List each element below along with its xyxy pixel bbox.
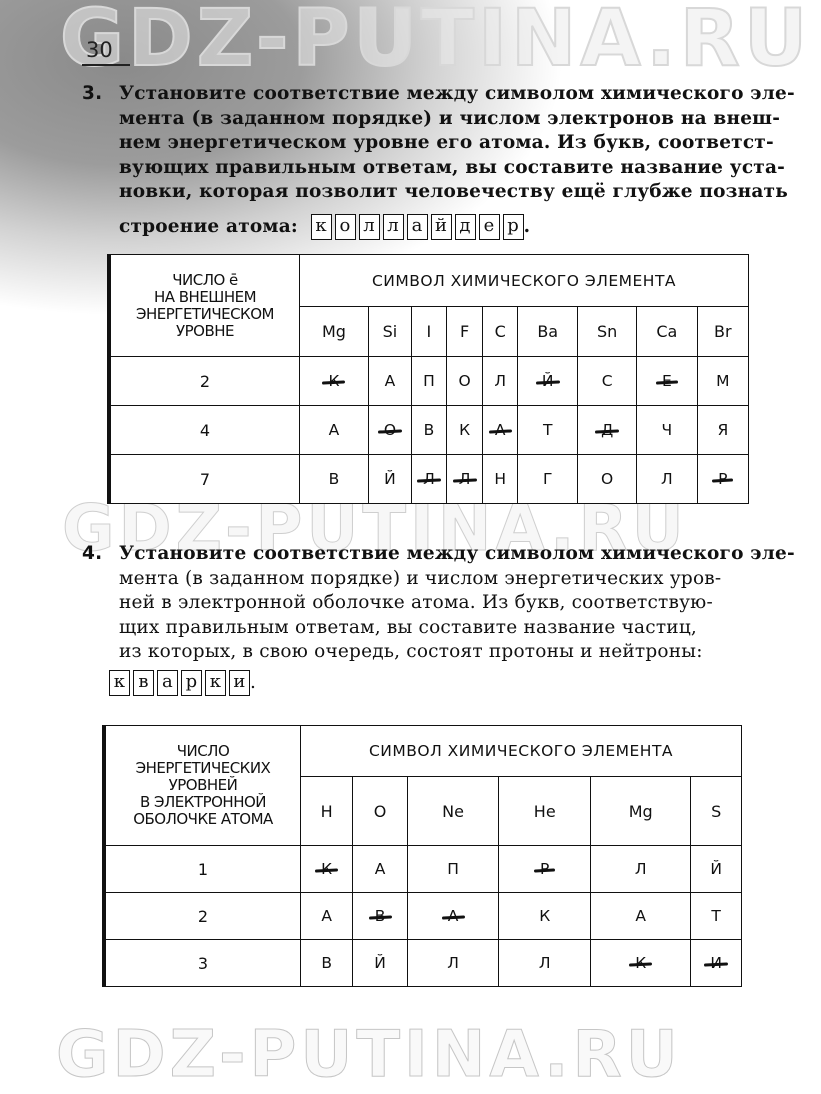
task-3-level-value: 7 [109, 455, 300, 504]
task-4-letter: Т [711, 907, 720, 925]
task-4-letter-cell: К [499, 893, 591, 940]
task-3-letter-cell: Й [518, 357, 578, 406]
task-4-table-row: 3ВЙЛЛКИ [104, 940, 742, 987]
task-3-line: Установите соответствие между символом х… [119, 82, 752, 107]
task-4-row-header-line: ЧИСЛО [177, 742, 230, 760]
task-3-line: новки, которая позволит человечеству ещё… [119, 180, 752, 205]
task-4-letter: А [321, 907, 332, 925]
task-4-letter-cell: Р [499, 846, 591, 893]
task-3-letter-cell: П [411, 357, 446, 406]
task-3-answer-letter: о [335, 214, 356, 240]
task-3-letter-cell: А [368, 357, 411, 406]
task-3-letter: А [329, 421, 340, 439]
task-4-element-symbol: He [499, 777, 591, 846]
task-3-letter-struck: Е [662, 372, 672, 390]
task-4-answer-letter: и [229, 670, 250, 696]
task-3-letter-struck: Л [423, 470, 435, 488]
task-4-letter-cell: Т [691, 893, 742, 940]
task-4-line: щих правильным ответам, вы составите наз… [119, 616, 752, 641]
task-3-element-symbol: Ca [637, 307, 698, 357]
task-4-answer-boxes: кварки [109, 670, 250, 696]
task-3-letter-cell: С [578, 357, 637, 406]
task-4-line: Установите соответствие между символом х… [119, 542, 752, 567]
task-3-answer-letter: а [407, 214, 428, 240]
task-4-letter-cell: А [407, 893, 499, 940]
task-3-line: мента (в заданном порядке) и числом элек… [119, 107, 752, 132]
task-3-answer-line: строение атома: коллайдер. [119, 214, 752, 240]
task-4-line: ней в электронной оболочке атома. Из бук… [119, 591, 752, 616]
task-3-element-symbol: F [446, 307, 482, 357]
task-4-element-symbol: Mg [591, 777, 691, 846]
task-4-letter: А [375, 860, 386, 878]
task-4-line: мента (в заданном порядке) и числом энер… [119, 567, 752, 592]
task-3-letter-struck: К [328, 372, 339, 390]
task-4-table: ЧИСЛОЭНЕРГЕТИЧЕСКИХУРОВНЕЙВ ЭЛЕКТРОННОЙО… [102, 725, 742, 987]
task-4-row-header-line: ОБОЛОЧКЕ АТОМА [133, 810, 273, 828]
task-4-level-value: 2 [104, 893, 301, 940]
task-4-letter-cell: Й [691, 846, 742, 893]
task-3-element-symbol: Sn [578, 307, 637, 357]
task-3-letter: Ч [662, 421, 673, 439]
task-4-letter-cell: А [353, 846, 408, 893]
task-3-element-symbol: I [411, 307, 446, 357]
task-3-element-symbol: Ba [518, 307, 578, 357]
task-4-letter-cell: И [691, 940, 742, 987]
task-4-line: из которых, в свою очередь, состоят прот… [119, 640, 752, 665]
task-3-line: вующих правильным ответам, вы составите … [119, 156, 752, 181]
task-3-level-value: 4 [109, 406, 300, 455]
task-4-column-group-header: СИМВОЛ ХИМИЧЕСКОГО ЭЛЕМЕНТА [301, 726, 742, 777]
task-4-letter-cell: Л [591, 846, 691, 893]
task-3-number: 3. [82, 82, 102, 107]
task-4-letter: В [321, 954, 332, 972]
task-3-letter-cell: О [578, 455, 637, 504]
task-4-text: Установите соответствие между символом х… [119, 542, 752, 696]
task-3-letter-cell: Р [697, 455, 748, 504]
task-3-row-header: ЧИСЛО ēНА ВНЕШНЕМЭНЕРГЕТИЧЕСКОМУРОВНЕ [109, 255, 300, 357]
task-3-letter-cell: Ч [637, 406, 698, 455]
watermark-top: GDZ-PUTINA.RU [60, 0, 811, 84]
task-3-table-row: 2КАПОЛЙСЕМ [109, 357, 749, 406]
task-3-answer-letter: д [455, 214, 476, 240]
task-3-letter: Л [661, 470, 673, 488]
task-3-letter-cell: К [300, 357, 369, 406]
task-3-letter-cell: О [368, 406, 411, 455]
task-3-letter: М [716, 372, 729, 390]
task-4-element-symbol: Ne [407, 777, 499, 846]
task-4-letter-struck: А [448, 907, 459, 925]
task-4-table-row: 1КАПРЛЙ [104, 846, 742, 893]
task-4-letter-cell: Л [499, 940, 591, 987]
task-4-letter: Й [374, 954, 386, 972]
task-4-letter-cell: В [301, 940, 353, 987]
task-4-level-value: 3 [104, 940, 301, 987]
task-4-letter-struck: К [635, 954, 646, 972]
task-3-element-symbol: Mg [300, 307, 369, 357]
task-3-letter-cell: Д [578, 406, 637, 455]
task-4-letter: К [539, 907, 550, 925]
task-3-answer-period: . [524, 216, 531, 237]
task-3-letter-cell: В [411, 406, 446, 455]
task-3-table-row: 4АОВКАТДЧЯ [109, 406, 749, 455]
task-3-row-header-line: ЧИСЛО ē [172, 271, 238, 289]
task-3-letter: П [423, 372, 435, 390]
page-number-underline [82, 64, 130, 66]
page-number: 30 [86, 38, 113, 62]
task-3-letter-cell: А [483, 406, 518, 455]
task-3-letter-cell: М [697, 357, 748, 406]
task-3-letter-cell: Л [411, 455, 446, 504]
task-3-answer-letter: л [383, 214, 404, 240]
task-4-row-header-line: УРОВНЕЙ [169, 776, 238, 794]
task-4-letter-cell: В [353, 893, 408, 940]
task-4-letter: Л [447, 954, 459, 972]
task-3-letter: Я [717, 421, 728, 439]
task-3-table: ЧИСЛО ēНА ВНЕШНЕМЭНЕРГЕТИЧЕСКОМУРОВНЕ СИ… [107, 254, 749, 504]
task-3-answer-boxes: коллайдер [311, 214, 524, 240]
task-4-answer-period: . [250, 672, 256, 693]
task-4-letter-cell: Л [407, 940, 499, 987]
task-3-letter-cell: Л [483, 357, 518, 406]
task-3-letter: Л [494, 372, 506, 390]
task-3-letter: С [602, 372, 613, 390]
watermark-bottom: GDZ-PUTINA.RU [56, 1018, 682, 1092]
task-4-answer-letter: к [109, 670, 130, 696]
task-4-row-header-line: ЭНЕРГЕТИЧЕСКИХ [136, 759, 271, 777]
task-4-letter: П [447, 860, 459, 878]
task-3-answer-prefix: строение атома: [119, 216, 298, 237]
task-4-level-value: 1 [104, 846, 301, 893]
task-3-table-row: 7ВЙЛЛНГОЛР [109, 455, 749, 504]
task-3-letter-struck: О [384, 421, 396, 439]
task-4-letter: А [635, 907, 646, 925]
task-3-letter: Г [543, 470, 552, 488]
task-4-letter-cell: К [301, 846, 353, 893]
task-3-letter: В [329, 470, 340, 488]
task-3-letter-cell: О [446, 357, 482, 406]
task-4-letter-struck: К [321, 860, 332, 878]
task-3-letter: В [424, 421, 435, 439]
task-3-letter-struck: А [495, 421, 506, 439]
task-3-element-symbol: Br [697, 307, 748, 357]
task-3-letter: О [601, 470, 613, 488]
task-4-letter-cell: А [591, 893, 691, 940]
task-3-row-header-line: НА ВНЕШНЕМ [154, 288, 256, 306]
task-4-answer-letter: р [181, 670, 202, 696]
task-4-letter-struck: В [375, 907, 386, 925]
task-3-letter: Т [543, 421, 552, 439]
task-4-letter: Л [539, 954, 551, 972]
task-4-element-symbol: S [691, 777, 742, 846]
task-4-letter: Л [635, 860, 647, 878]
task-4-table-row: 2АВАКАТ [104, 893, 742, 940]
task-3-letter-cell: Я [697, 406, 748, 455]
task-3-letter-cell: Г [518, 455, 578, 504]
task-3-answer-letter: к [311, 214, 332, 240]
task-4-number: 4. [82, 542, 102, 567]
task-3-answer-letter: л [359, 214, 380, 240]
task-4-letter-struck: Р [540, 860, 549, 878]
task-4-answer-letter: а [157, 670, 178, 696]
task-4-row-header-line: В ЭЛЕКТРОННОЙ [140, 793, 266, 811]
task-3-answer-letter: р [503, 214, 524, 240]
task-3-element-symbol: C [483, 307, 518, 357]
task-3-letter-cell: А [300, 406, 369, 455]
task-3-row-header-line: ЭНЕРГЕТИЧЕСКОМ [136, 305, 274, 323]
task-3-letter: Н [494, 470, 506, 488]
task-3-letter-cell: К [446, 406, 482, 455]
task-4-answer-letter: к [205, 670, 226, 696]
task-3-letter: О [458, 372, 470, 390]
task-3-letter: А [385, 372, 396, 390]
task-4-answer-letter: в [133, 670, 154, 696]
task-3-answer-letter: й [431, 214, 452, 240]
task-3-letter: Й [384, 470, 396, 488]
task-4-letter-struck: И [710, 954, 722, 972]
task-4-element-symbol: O [353, 777, 408, 846]
task-3-letter-cell: Н [483, 455, 518, 504]
task-3-level-value: 2 [109, 357, 300, 406]
task-4-letter-cell: Й [353, 940, 408, 987]
task-4-element-symbol: H [301, 777, 353, 846]
task-3-element-symbol: Si [368, 307, 411, 357]
task-3-line: нем энергетическом уровне его атома. Из … [119, 131, 752, 156]
task-3-letter-struck: Л [459, 470, 471, 488]
task-4-letter-cell: К [591, 940, 691, 987]
task-3-letter-struck: Д [601, 421, 613, 439]
task-4-letter: Й [710, 860, 722, 878]
task-3-row-header-line: УРОВНЕ [176, 322, 234, 340]
task-4-letter-cell: А [301, 893, 353, 940]
task-3-letter-cell: В [300, 455, 369, 504]
task-4-answer-line: кварки. [103, 670, 752, 696]
task-3-answer-letter: е [479, 214, 500, 240]
task-3-letter-cell: Л [637, 455, 698, 504]
task-4-row-header: ЧИСЛОЭНЕРГЕТИЧЕСКИХУРОВНЕЙВ ЭЛЕКТРОННОЙО… [104, 726, 301, 846]
task-3-letter: К [459, 421, 470, 439]
task-3-letter-cell: Л [446, 455, 482, 504]
task-3-letter-cell: Т [518, 406, 578, 455]
task-3-column-group-header: СИМВОЛ ХИМИЧЕСКОГО ЭЛЕМЕНТА [300, 255, 749, 307]
task-3-letter-cell: Е [637, 357, 698, 406]
task-3-text: Установите соответствие между символом х… [119, 82, 752, 240]
task-3-letter-struck: Р [718, 470, 727, 488]
task-3-letter-cell: Й [368, 455, 411, 504]
task-3-letter-struck: Й [542, 372, 554, 390]
task-4-letter-cell: П [407, 846, 499, 893]
